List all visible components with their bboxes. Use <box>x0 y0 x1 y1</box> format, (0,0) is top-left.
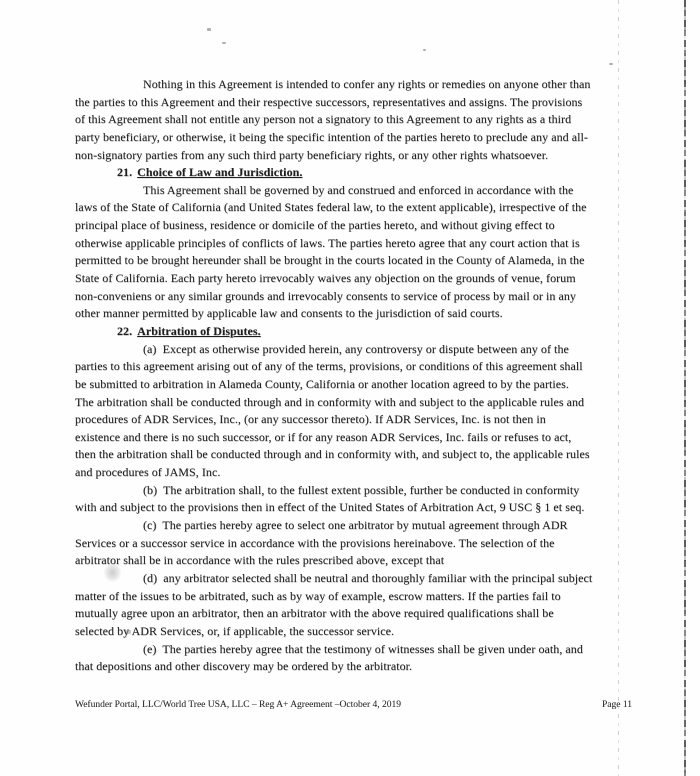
text-line: (b) The arbitration shall, to the fulles… <box>75 482 633 500</box>
text-line: existence and there is no such successor… <box>75 429 633 447</box>
text-line: that depositions and other discovery may… <box>75 658 633 676</box>
footer-document-title: Wefunder Portal, LLC/World Tree USA, LLC… <box>75 700 401 710</box>
text-line: (d) any arbitrator selected shall be neu… <box>75 570 633 588</box>
text-line: principal place of business, residence o… <box>75 217 633 235</box>
scan-speck <box>609 63 613 65</box>
text-line: party beneficiary, or otherwise, it bein… <box>75 129 633 147</box>
text-line: laws of the State of California (and Uni… <box>75 199 633 217</box>
scan-artifact-line-faint <box>618 0 619 776</box>
text-line: (a) Except as otherwise provided herein,… <box>75 341 633 359</box>
text-line: non-conveniens or any similar grounds an… <box>75 288 633 306</box>
text-line: Nothing in this Agreement is intended to… <box>75 76 633 94</box>
scan-smudge <box>104 563 121 582</box>
heading-title: Choice of Law and Jurisdiction. <box>137 165 302 179</box>
footer-page-number: Page 11 <box>602 700 632 710</box>
text-line: mutually agree upon an arbitrator, then … <box>75 605 633 623</box>
text-line: non-signatory parties from any such thir… <box>75 147 633 165</box>
text-line: and procedures of JAMS, Inc. <box>75 464 633 482</box>
scan-speck <box>222 42 226 44</box>
text-line: be submitted to arbitration in Alameda C… <box>75 376 633 394</box>
page-footer: Wefunder Portal, LLC/World Tree USA, LLC… <box>75 700 632 710</box>
text-line: procedures of ADR Services, Inc., (or an… <box>75 411 633 429</box>
text-line: other manner permitted by applicable law… <box>75 305 633 323</box>
text-line: with and subject to the provisions then … <box>75 499 633 517</box>
text-line: then the arbitration shall be conducted … <box>75 446 633 464</box>
text-line: of this Agreement shall not entitle any … <box>75 111 633 129</box>
text-line: This Agreement shall be governed by and … <box>75 182 633 200</box>
text-line: permitted to be brought hereunder shall … <box>75 252 633 270</box>
section-heading: 22.Arbitration of Disputes. <box>75 323 633 341</box>
heading-number: 21. <box>117 165 132 179</box>
text-line: State of California. Each party hereto i… <box>75 270 633 288</box>
text-line: parties to this agreement arising out of… <box>75 358 633 376</box>
scanned-document-page: { "colors": { "ink": "#1f1f1f", "paper":… <box>0 0 700 776</box>
text-line: the parties to this Agreement and their … <box>75 94 633 112</box>
text-line: matter of the issues to be arbitrated, s… <box>75 588 633 606</box>
text-line: arbitrator shall be in accordance with t… <box>75 552 633 570</box>
section-heading: 21.Choice of Law and Jurisdiction. <box>75 164 633 182</box>
scan-speck <box>423 49 426 51</box>
scan-speck <box>207 28 211 31</box>
heading-number: 22. <box>117 324 132 338</box>
scan-artifact-line-dark <box>684 0 686 776</box>
text-line: The arbitration shall be conducted throu… <box>75 394 633 412</box>
text-line: otherwise applicable principles of confl… <box>75 235 633 253</box>
heading-title: Arbitration of Disputes. <box>137 324 261 338</box>
text-line: (e) The parties hereby agree that the te… <box>75 641 633 659</box>
text-line: (c) The parties hereby agree to select o… <box>75 517 633 535</box>
scan-speck <box>126 630 131 634</box>
document-body: Nothing in this Agreement is intended to… <box>75 76 633 676</box>
text-line: selected by ADR Services, or, if applica… <box>75 623 633 641</box>
text-line: Services or a successor service in accor… <box>75 535 633 553</box>
